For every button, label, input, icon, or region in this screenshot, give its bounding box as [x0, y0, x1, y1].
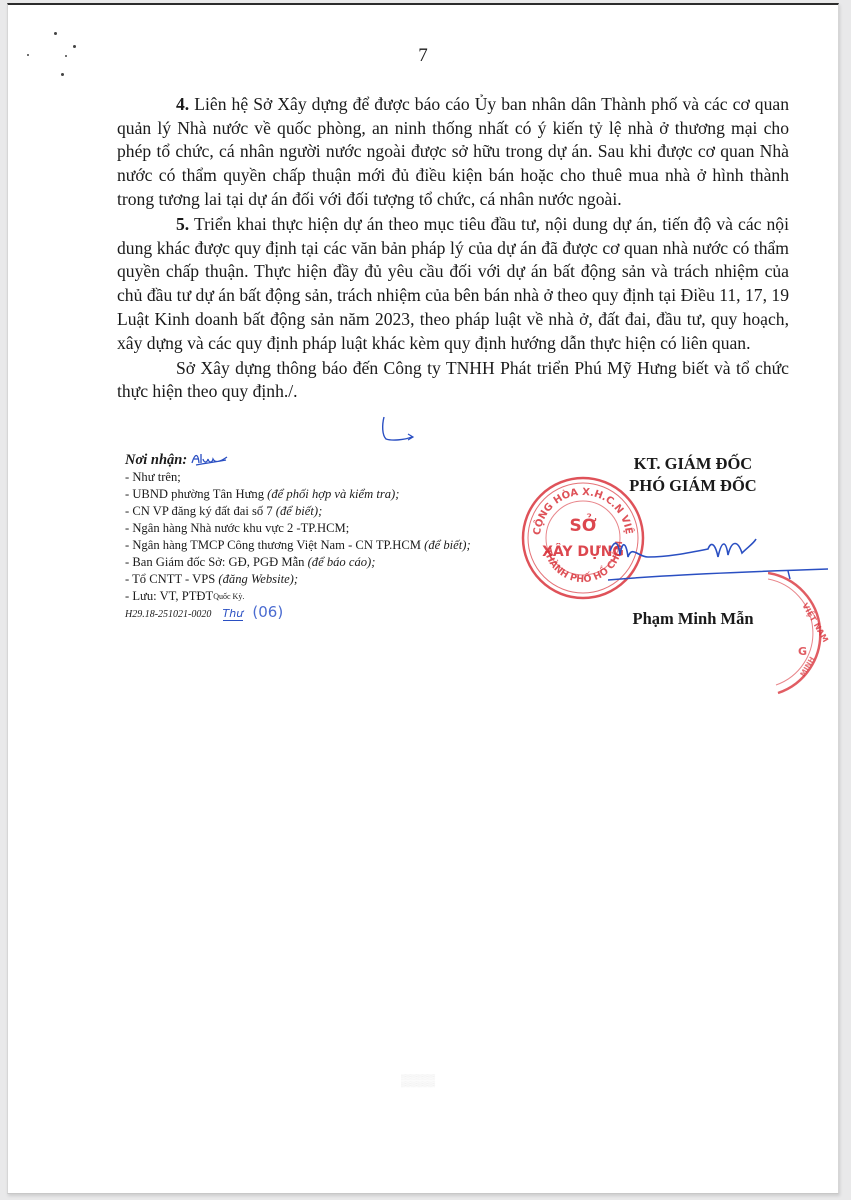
- recipient-item: - UBND phường Tân Hưng (để phối hợp và k…: [125, 486, 555, 503]
- recipients-heading: Nơi nhận:: [125, 451, 555, 469]
- archive-subscript: Quốc Kỳ.: [213, 592, 244, 601]
- scan-speck: [54, 32, 57, 35]
- svg-text:G: G: [798, 645, 807, 658]
- recipients-list: Nơi nhận: - Như trên; - UBND phường Tân …: [125, 451, 555, 622]
- document-page: 7 4. Liên hệ Sở Xây dựng để được báo cáo…: [7, 3, 839, 1194]
- document-body: 4. Liên hệ Sở Xây dựng để được báo cáo Ủ…: [117, 93, 789, 406]
- recipient-item: - Như trên;: [125, 469, 555, 486]
- paragraph-text: Triển khai thực hiện dự án theo mục tiêu…: [117, 214, 789, 353]
- paragraph-4: 4. Liên hệ Sở Xây dựng để được báo cáo Ủ…: [117, 93, 789, 212]
- partial-stamp-icon: VIỆT NAM G MINH: [768, 565, 838, 705]
- handwritten-count: (06): [252, 603, 283, 621]
- paragraph-5: 5. Triển khai thực hiện dự án theo mục t…: [117, 213, 789, 355]
- signature-title-line2: PHÓ GIÁM ĐỐC: [568, 475, 818, 497]
- recipient-item: - Lưu: VT, PTĐTQuốc Kỳ.: [125, 588, 555, 605]
- paragraph-text: Sở Xây dựng thông báo đến Công ty TNHH P…: [117, 358, 789, 402]
- page-number: 7: [8, 45, 838, 67]
- scan-speck: [61, 73, 64, 76]
- paragraph-number: 4.: [176, 94, 189, 114]
- handwritten-check-icon: [380, 415, 420, 445]
- document-code: H29.18-251021-0020: [125, 609, 211, 620]
- svg-text:SỞ: SỞ: [569, 512, 596, 536]
- recipient-item: - CN VP đăng ký đất đai số 7 (để biết);: [125, 503, 555, 520]
- signature-block: KT. GIÁM ĐỐC PHÓ GIÁM ĐỐC: [568, 453, 818, 497]
- recipient-item: - Ngân hàng Nhà nước khu vực 2 -TP.HCM;: [125, 520, 555, 537]
- recipient-item: - Ngân hàng TMCP Công thương Việt Nam - …: [125, 537, 555, 554]
- signer-name: Phạm Minh Mẫn: [568, 609, 818, 629]
- paragraph-text: Liên hệ Sở Xây dựng để được báo cáo Ủy b…: [117, 94, 789, 209]
- signature-title-line1: KT. GIÁM ĐỐC: [568, 453, 818, 475]
- doc-code-line: H29.18-251021-0020 Thư (06): [125, 605, 555, 622]
- recipient-item: - Ban Giám đốc Sở: GĐ, PGĐ Mẫn (để báo c…: [125, 554, 555, 571]
- handwritten-note: Thư: [223, 607, 244, 621]
- paragraph-number: 5.: [176, 214, 189, 234]
- handwritten-initials-icon: [190, 451, 230, 467]
- recipient-item: - Tổ CNTT - VPS (đăng Website);: [125, 571, 555, 588]
- faint-bleedthrough: ▒▒▒▒: [401, 1073, 435, 1088]
- closing-paragraph: Sở Xây dựng thông báo đến Công ty TNHH P…: [117, 357, 789, 404]
